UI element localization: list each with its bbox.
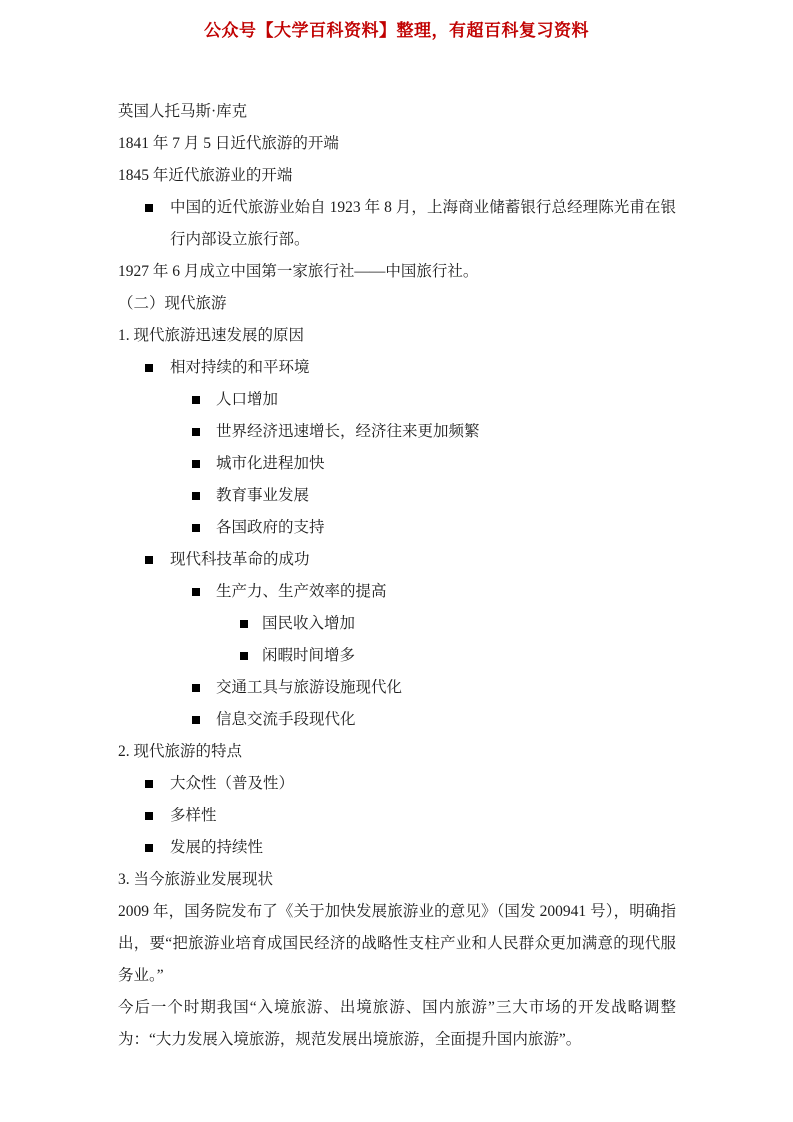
bullet-item-level-2: 信息交流手段现代化 — [118, 704, 676, 736]
document-body: 英国人托马斯·库克1841 年 7 月 5 日近代旅游的开端1845 年近代旅游… — [118, 96, 676, 1056]
bullet-item-level-2: 各国政府的支持 — [118, 512, 676, 544]
bullet-text: 大众性（普及性） — [170, 775, 294, 792]
bullet-square-icon — [145, 780, 153, 788]
bullet-text: 城市化进程加快 — [216, 455, 325, 472]
bullet-text: 现代科技革命的成功 — [170, 551, 310, 568]
paragraph-text: 1. 现代旅游迅速发展的原因 — [118, 327, 304, 344]
bullet-text: 交通工具与旅游设施现代化 — [216, 679, 402, 696]
bullet-text: 多样性 — [170, 807, 217, 824]
bullet-square-icon — [192, 684, 200, 692]
bullet-item-level-2: 生产力、生产效率的提高 — [118, 576, 676, 608]
paragraph-text: 英国人托马斯·库克 — [118, 103, 247, 120]
paragraph-line: 2. 现代旅游的特点 — [118, 736, 676, 768]
bullet-item-level-1: 多样性 — [118, 800, 676, 832]
bullet-item-level-3: 闲暇时间增多 — [118, 640, 676, 672]
bullet-item-level-1: 发展的持续性 — [118, 832, 676, 864]
paragraph-text: 1927 年 6 月成立中国第一家旅行社——中国旅行社。 — [118, 263, 478, 280]
bullet-text: 国民收入增加 — [262, 615, 355, 632]
bullet-item-level-1: 中国的近代旅游业始自 1923 年 8 月，上海商业储蓄银行总经理陈光甫在银行内… — [118, 192, 676, 256]
bullet-text: 信息交流手段现代化 — [216, 711, 356, 728]
bullet-item-level-2: 教育事业发展 — [118, 480, 676, 512]
paragraph-text: 3. 当今旅游业发展现状 — [118, 871, 273, 888]
paragraph-line: 1. 现代旅游迅速发展的原因 — [118, 320, 676, 352]
bullet-square-icon — [240, 620, 248, 628]
bullet-item-level-2: 城市化进程加快 — [118, 448, 676, 480]
bullet-square-icon — [145, 812, 153, 820]
paragraph-text: 1841 年 7 月 5 日近代旅游的开端 — [118, 135, 339, 152]
bullet-square-icon — [192, 460, 200, 468]
bullet-item-level-1: 现代科技革命的成功 — [118, 544, 676, 576]
paragraph-text: 2. 现代旅游的特点 — [118, 743, 242, 760]
bullet-text: 闲暇时间增多 — [262, 647, 355, 664]
bullet-text: 世界经济迅速增长，经济往来更加频繁 — [216, 423, 480, 440]
bullet-item-level-2: 世界经济迅速增长，经济往来更加频繁 — [118, 416, 676, 448]
bullet-text: 人口增加 — [216, 391, 278, 408]
bullet-square-icon — [192, 524, 200, 532]
paragraph-text: 2009 年，国务院发布了《关于加快发展旅游业的意见》（国发 200941 号）… — [118, 903, 676, 984]
paragraph-text: 今后一个时期我国“入境旅游、出境旅游、国内旅游”三大市场的开发战略调整为：“大力… — [118, 999, 676, 1048]
bullet-item-level-1: 相对持续的和平环境 — [118, 352, 676, 384]
bullet-text: 生产力、生产效率的提高 — [216, 583, 387, 600]
document-page: 公众号【大学百科资料】整理，有超百科复习资料 英国人托马斯·库克1841 年 7… — [0, 0, 793, 1122]
bullet-item-level-2: 人口增加 — [118, 384, 676, 416]
bullet-item-level-3: 国民收入增加 — [118, 608, 676, 640]
bullet-text: 发展的持续性 — [170, 839, 263, 856]
paragraph-line: 1845 年近代旅游业的开端 — [118, 160, 676, 192]
bullet-square-icon — [192, 428, 200, 436]
bullet-text: 中国的近代旅游业始自 1923 年 8 月，上海商业储蓄银行总经理陈光甫在银行内… — [170, 199, 676, 248]
paragraph-text: （二）现代旅游 — [118, 295, 227, 312]
bullet-item-level-1: 大众性（普及性） — [118, 768, 676, 800]
bullet-square-icon — [192, 492, 200, 500]
bullet-square-icon — [192, 588, 200, 596]
paragraph-line: 1927 年 6 月成立中国第一家旅行社——中国旅行社。 — [118, 256, 676, 288]
bullet-square-icon — [145, 204, 153, 212]
bullet-square-icon — [240, 652, 248, 660]
bullet-square-icon — [192, 396, 200, 404]
paragraph-line: 1841 年 7 月 5 日近代旅游的开端 — [118, 128, 676, 160]
bullet-square-icon — [145, 556, 153, 564]
bullet-text: 相对持续的和平环境 — [170, 359, 310, 376]
bullet-square-icon — [192, 716, 200, 724]
page-title: 公众号【大学百科资料】整理，有超百科复习资料 — [0, 0, 793, 44]
bullet-square-icon — [145, 364, 153, 372]
bullet-square-icon — [145, 844, 153, 852]
bullet-item-level-2: 交通工具与旅游设施现代化 — [118, 672, 676, 704]
paragraph-line: （二）现代旅游 — [118, 288, 676, 320]
paragraph-text: 1845 年近代旅游业的开端 — [118, 167, 292, 184]
bullet-text: 各国政府的支持 — [216, 519, 325, 536]
bullet-text: 教育事业发展 — [216, 487, 309, 504]
paragraph-line: 今后一个时期我国“入境旅游、出境旅游、国内旅游”三大市场的开发战略调整为：“大力… — [118, 992, 676, 1056]
paragraph-line: 2009 年，国务院发布了《关于加快发展旅游业的意见》（国发 200941 号）… — [118, 896, 676, 992]
paragraph-line: 英国人托马斯·库克 — [118, 96, 676, 128]
paragraph-line: 3. 当今旅游业发展现状 — [118, 864, 676, 896]
